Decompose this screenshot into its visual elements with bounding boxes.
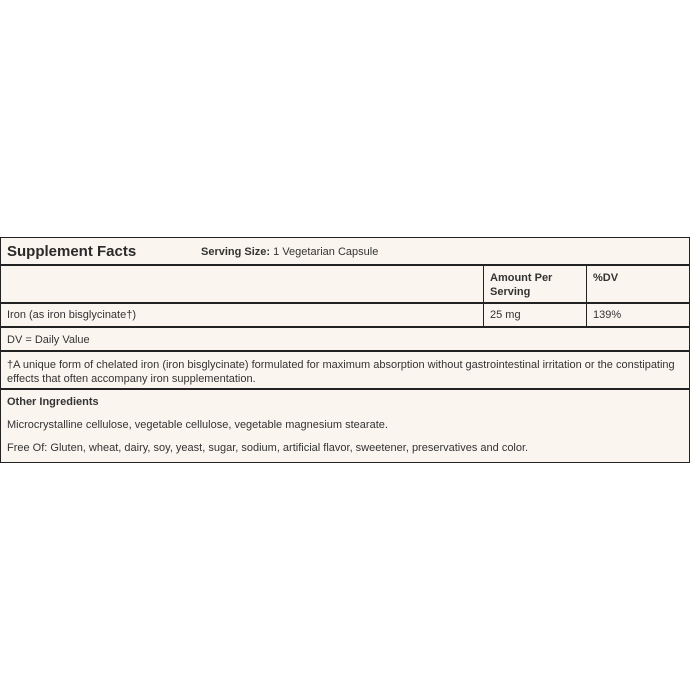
column-header-name (1, 266, 483, 302)
free-of-statement: Free Of: Gluten, wheat, dairy, soy, yeas… (7, 442, 683, 454)
nutrient-dv: 139% (586, 304, 689, 326)
serving-size-label: Serving Size: (201, 246, 270, 258)
column-header-dv: %DV (586, 266, 689, 302)
serving-size: Serving Size: 1 Vegetarian Capsule (201, 246, 378, 258)
other-ingredients-section: Other Ingredients Microcrystalline cellu… (1, 390, 689, 462)
supplement-facts-panel: Supplement Facts Serving Size: 1 Vegetar… (0, 237, 690, 463)
nutrient-name: Iron (as iron bisglycinate†) (1, 304, 483, 326)
other-ingredients-heading: Other Ingredients (7, 396, 683, 408)
table-row: Iron (as iron bisglycinate†) 25 mg 139% (1, 304, 689, 328)
column-header-row: Amount Per Serving %DV (1, 266, 689, 304)
facts-header: Supplement Facts Serving Size: 1 Vegetar… (1, 238, 689, 266)
dv-note: DV = Daily Value (1, 328, 689, 352)
facts-title: Supplement Facts (7, 243, 136, 260)
nutrient-amount: 25 mg (483, 304, 586, 326)
footnote: †A unique form of chelated iron (iron bi… (1, 352, 689, 390)
column-header-amount: Amount Per Serving (483, 266, 586, 302)
other-ingredients-list: Microcrystalline cellulose, vegetable ce… (7, 419, 683, 431)
serving-size-value: 1 Vegetarian Capsule (273, 246, 378, 258)
